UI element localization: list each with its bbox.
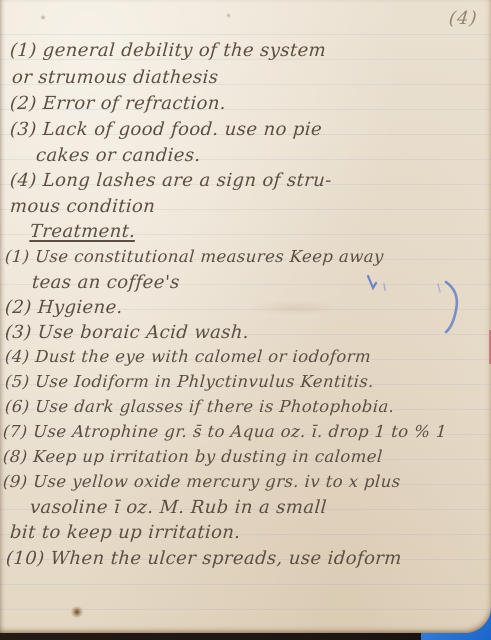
handwriting-line: (2) Hygiene. xyxy=(4,297,123,318)
handwriting-line: (1) general debility of the system xyxy=(9,40,327,61)
page-number: (4) xyxy=(447,8,478,29)
handwriting-line: (3) Lack of good food. use no pie xyxy=(9,119,323,140)
paper-stain xyxy=(70,606,84,618)
notebook-photo: (4) (1) general debility of the system o… xyxy=(0,0,491,640)
handwriting-line: teas an coffee's xyxy=(31,272,180,293)
handwriting-line: cakes or candies. xyxy=(35,145,201,166)
handwriting-line: (4) Dust the eye with calomel or iodofor… xyxy=(4,347,371,366)
handwriting-line: bit to keep up irritation. xyxy=(9,522,241,543)
handwriting-line: (6) Use dark glasses if there is Photoph… xyxy=(4,397,395,416)
handwriting-line: vasoline ī oz. M. Rub in a small xyxy=(29,497,327,518)
handwriting-line: (3) Use boraic Acid wash. xyxy=(4,322,249,343)
handwriting-line: (9) Use yellow oxide mercury grs. iv to … xyxy=(2,472,401,491)
notebook-page: (4) (1) general debility of the system o… xyxy=(0,0,491,633)
paper-speck xyxy=(40,15,46,20)
paper-speck xyxy=(226,13,231,18)
handwriting-line: (8) Keep up irritation by dusting in cal… xyxy=(2,447,383,466)
handwriting-line: or strumous diathesis xyxy=(11,67,219,88)
handwriting-line: (7) Use Atrophine gr. s̄ to Aqua oz. ī. … xyxy=(2,422,447,441)
handwriting-line: (1) Use constitutional measures Keep awa… xyxy=(4,247,384,266)
handwriting-line: (4) Long lashes are a sign of stru- xyxy=(9,170,332,191)
handwriting-line: (5) Use Iodiform in Phlyctinvulus Kentit… xyxy=(4,372,374,391)
handwriting-line: mous condition xyxy=(9,196,156,217)
handwriting-line: (2) Error of refraction. xyxy=(9,93,226,114)
blue-pen-mark-stroke xyxy=(432,278,468,338)
paper-smudge xyxy=(250,300,340,316)
treatment-heading: Treatment. xyxy=(29,221,136,242)
blue-pen-mark-check xyxy=(362,272,392,304)
handwriting-line: (10) When the ulcer spreads, use idoform xyxy=(5,548,402,569)
